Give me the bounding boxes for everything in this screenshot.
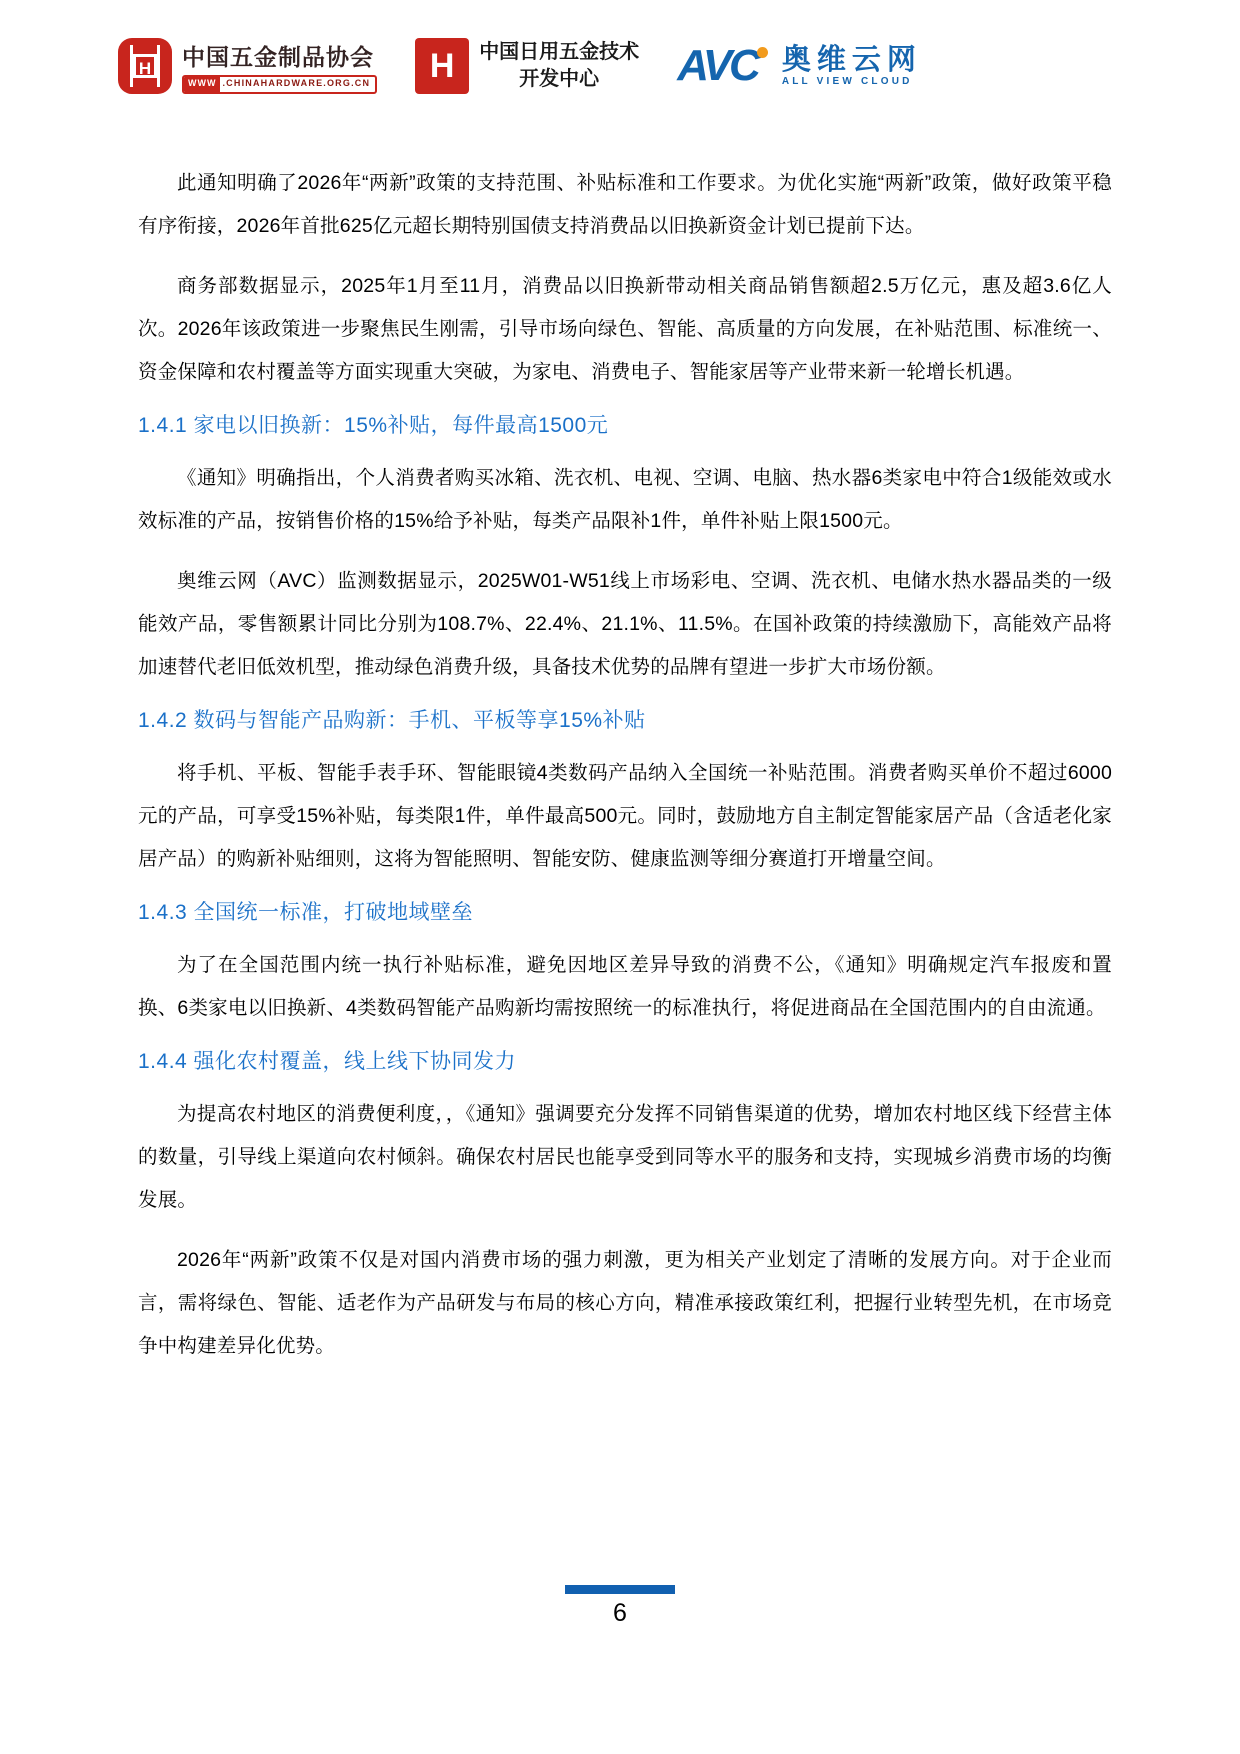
paragraph: 2026年“两新”政策不仅是对国内消费市场的强力刺激，更为相关产业划定了清晰的发…	[138, 1239, 1112, 1368]
china-hardware-association-logo: H 中国五金制品协会 WWW .CHINAHARDWARE.ORG.CN	[118, 38, 377, 94]
tech-center-name-line2: 开发中心	[479, 66, 639, 93]
url-prefix: WWW	[184, 77, 220, 92]
page-header: H 中国五金制品协会 WWW .CHINAHARDWARE.ORG.CN H 中…	[118, 38, 922, 94]
hardware-association-emblem-icon: H	[118, 38, 172, 94]
paragraph: 为了在全国范围内统一执行补贴标准，避免因地区差异导致的消费不公，《通知》明确规定…	[138, 944, 1112, 1030]
document-page: H 中国五金制品协会 WWW .CHINAHARDWARE.ORG.CN H 中…	[0, 0, 1240, 1754]
logo1-text: 中国五金制品协会 WWW .CHINAHARDWARE.ORG.CN	[182, 39, 377, 94]
avc-orange-dot-icon	[757, 47, 768, 58]
avc-wordmark-icon: AVC	[677, 44, 770, 88]
daily-hardware-tech-center-logo: H 中国日用五金技术 开发中心	[415, 38, 639, 94]
paragraph: 奥维云网（AVC）监测数据显示，2025W01-W51线上市场彩电、空调、洗衣机…	[138, 560, 1112, 689]
avc-tagline: ALL VIEW CLOUD	[782, 77, 922, 87]
association-name: 中国五金制品协会	[182, 39, 377, 72]
emblem-letter: H	[133, 54, 157, 78]
document-body: 此通知明确了2026年“两新”政策的支持范围、补贴标准和工作要求。为优化实施“两…	[138, 162, 1112, 1385]
avc-text: 奥维云网 ALL VIEW CLOUD	[782, 46, 922, 87]
paragraph: 此通知明确了2026年“两新”政策的支持范围、补贴标准和工作要求。为优化实施“两…	[138, 162, 1112, 248]
tech-center-name-line1: 中国日用五金技术	[479, 39, 639, 66]
tech-center-emblem-icon: H	[415, 38, 469, 94]
section-heading-1-4-2: 1.4.2 数码与智能产品购新：手机、平板等享15%补贴	[138, 706, 1112, 736]
emblem-letter: H	[430, 47, 455, 86]
paragraph: 为提高农村地区的消费便利度，，《通知》强调要充分发挥不同销售渠道的优势，增加农村…	[138, 1093, 1112, 1222]
avc-chinese-name: 奥维云网	[782, 46, 922, 75]
page-number: 6	[0, 1599, 1240, 1628]
section-heading-1-4-1: 1.4.1 家电以旧换新：15%补贴，每件最高1500元	[138, 411, 1112, 441]
avc-abbr: AVC	[677, 41, 758, 90]
footer-divider	[565, 1585, 675, 1594]
section-heading-1-4-3: 1.4.3 全国统一标准，打破地域壁垒	[138, 898, 1112, 928]
paragraph: 商务部数据显示，2025年1月至11月，消费品以旧换新带动相关商品销售额超2.5…	[138, 265, 1112, 394]
url-rest: .CHINAHARDWARE.ORG.CN	[220, 77, 375, 92]
avc-logo: AVC 奥维云网 ALL VIEW CLOUD	[677, 44, 922, 88]
section-heading-1-4-4: 1.4.4 强化农村覆盖，线上线下协同发力	[138, 1047, 1112, 1077]
tech-center-name: 中国日用五金技术 开发中心	[479, 39, 639, 93]
paragraph: 《通知》明确指出，个人消费者购买冰箱、洗衣机、电视、空调、电脑、热水器6类家电中…	[138, 457, 1112, 543]
paragraph: 将手机、平板、智能手表手环、智能眼镜4类数码产品纳入全国统一补贴范围。消费者购买…	[138, 752, 1112, 881]
association-url: WWW .CHINAHARDWARE.ORG.CN	[182, 75, 377, 94]
